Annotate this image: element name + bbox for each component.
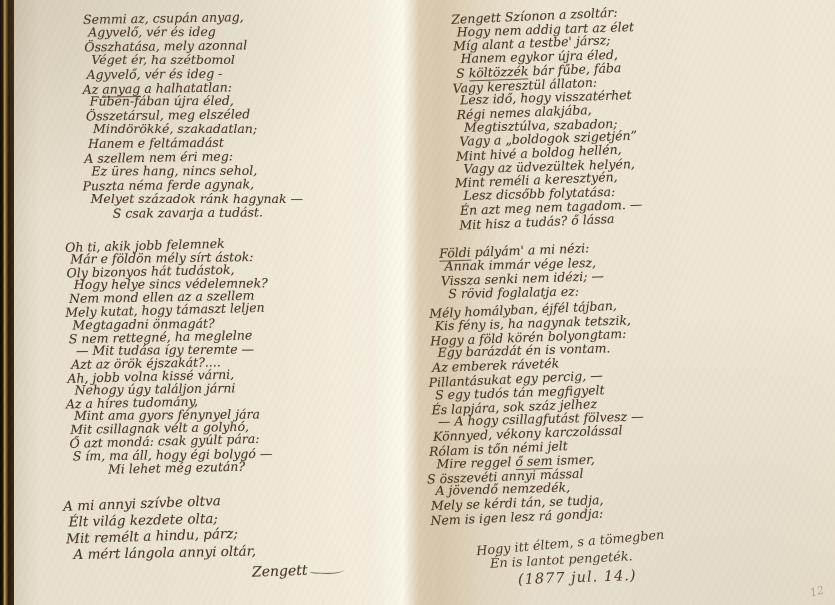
manuscript-line: S csak zavarja a tudást. (113, 205, 303, 221)
book-spread: Semmi az, csupán anyag,Agyvelő, vér és i… (0, 0, 835, 605)
left-page: Semmi az, csupán anyag,Agyvelő, vér és i… (14, 0, 402, 605)
right-stanza-1: Zengett Szíonon a zsoltár:Hogy nem addig… (452, 6, 643, 232)
right-stanza-3: Mély homályban, éjfél tájban,Kis fény is… (430, 299, 647, 527)
catchword: Zengett (252, 561, 344, 580)
page-number: 12 (809, 583, 826, 599)
left-stanza-2: Oh ti, akik jobb felemnekMár e földön mé… (66, 236, 273, 475)
left-stanza-3: A mi annyi szívbe oltvaÉlt világ kezdete… (64, 493, 256, 564)
right-stanza-2: Földi pályám' a mi nézi:Annak immár vége… (440, 241, 605, 302)
manuscript-line: Véget ér, ha szétbomol (91, 53, 301, 67)
manuscript-line: A mért lángola annyi oltár, (74, 543, 257, 563)
right-page: Zengett Szíonon a zsoltár:Hogy nem addig… (402, 0, 835, 605)
manuscript-line: Mindörökké, szakadatlan; (93, 122, 302, 136)
date-line: (1877 jul. 14.) (518, 568, 637, 588)
left-stanza-1: Semmi az, csupán anyag,Agyvelő, vér és i… (84, 10, 303, 220)
book-binding-edge (0, 0, 14, 605)
manuscript-line: Mi lehet még ezután? (108, 459, 273, 476)
manuscript-line: Melyet századok ránk hagynak — (91, 192, 303, 206)
